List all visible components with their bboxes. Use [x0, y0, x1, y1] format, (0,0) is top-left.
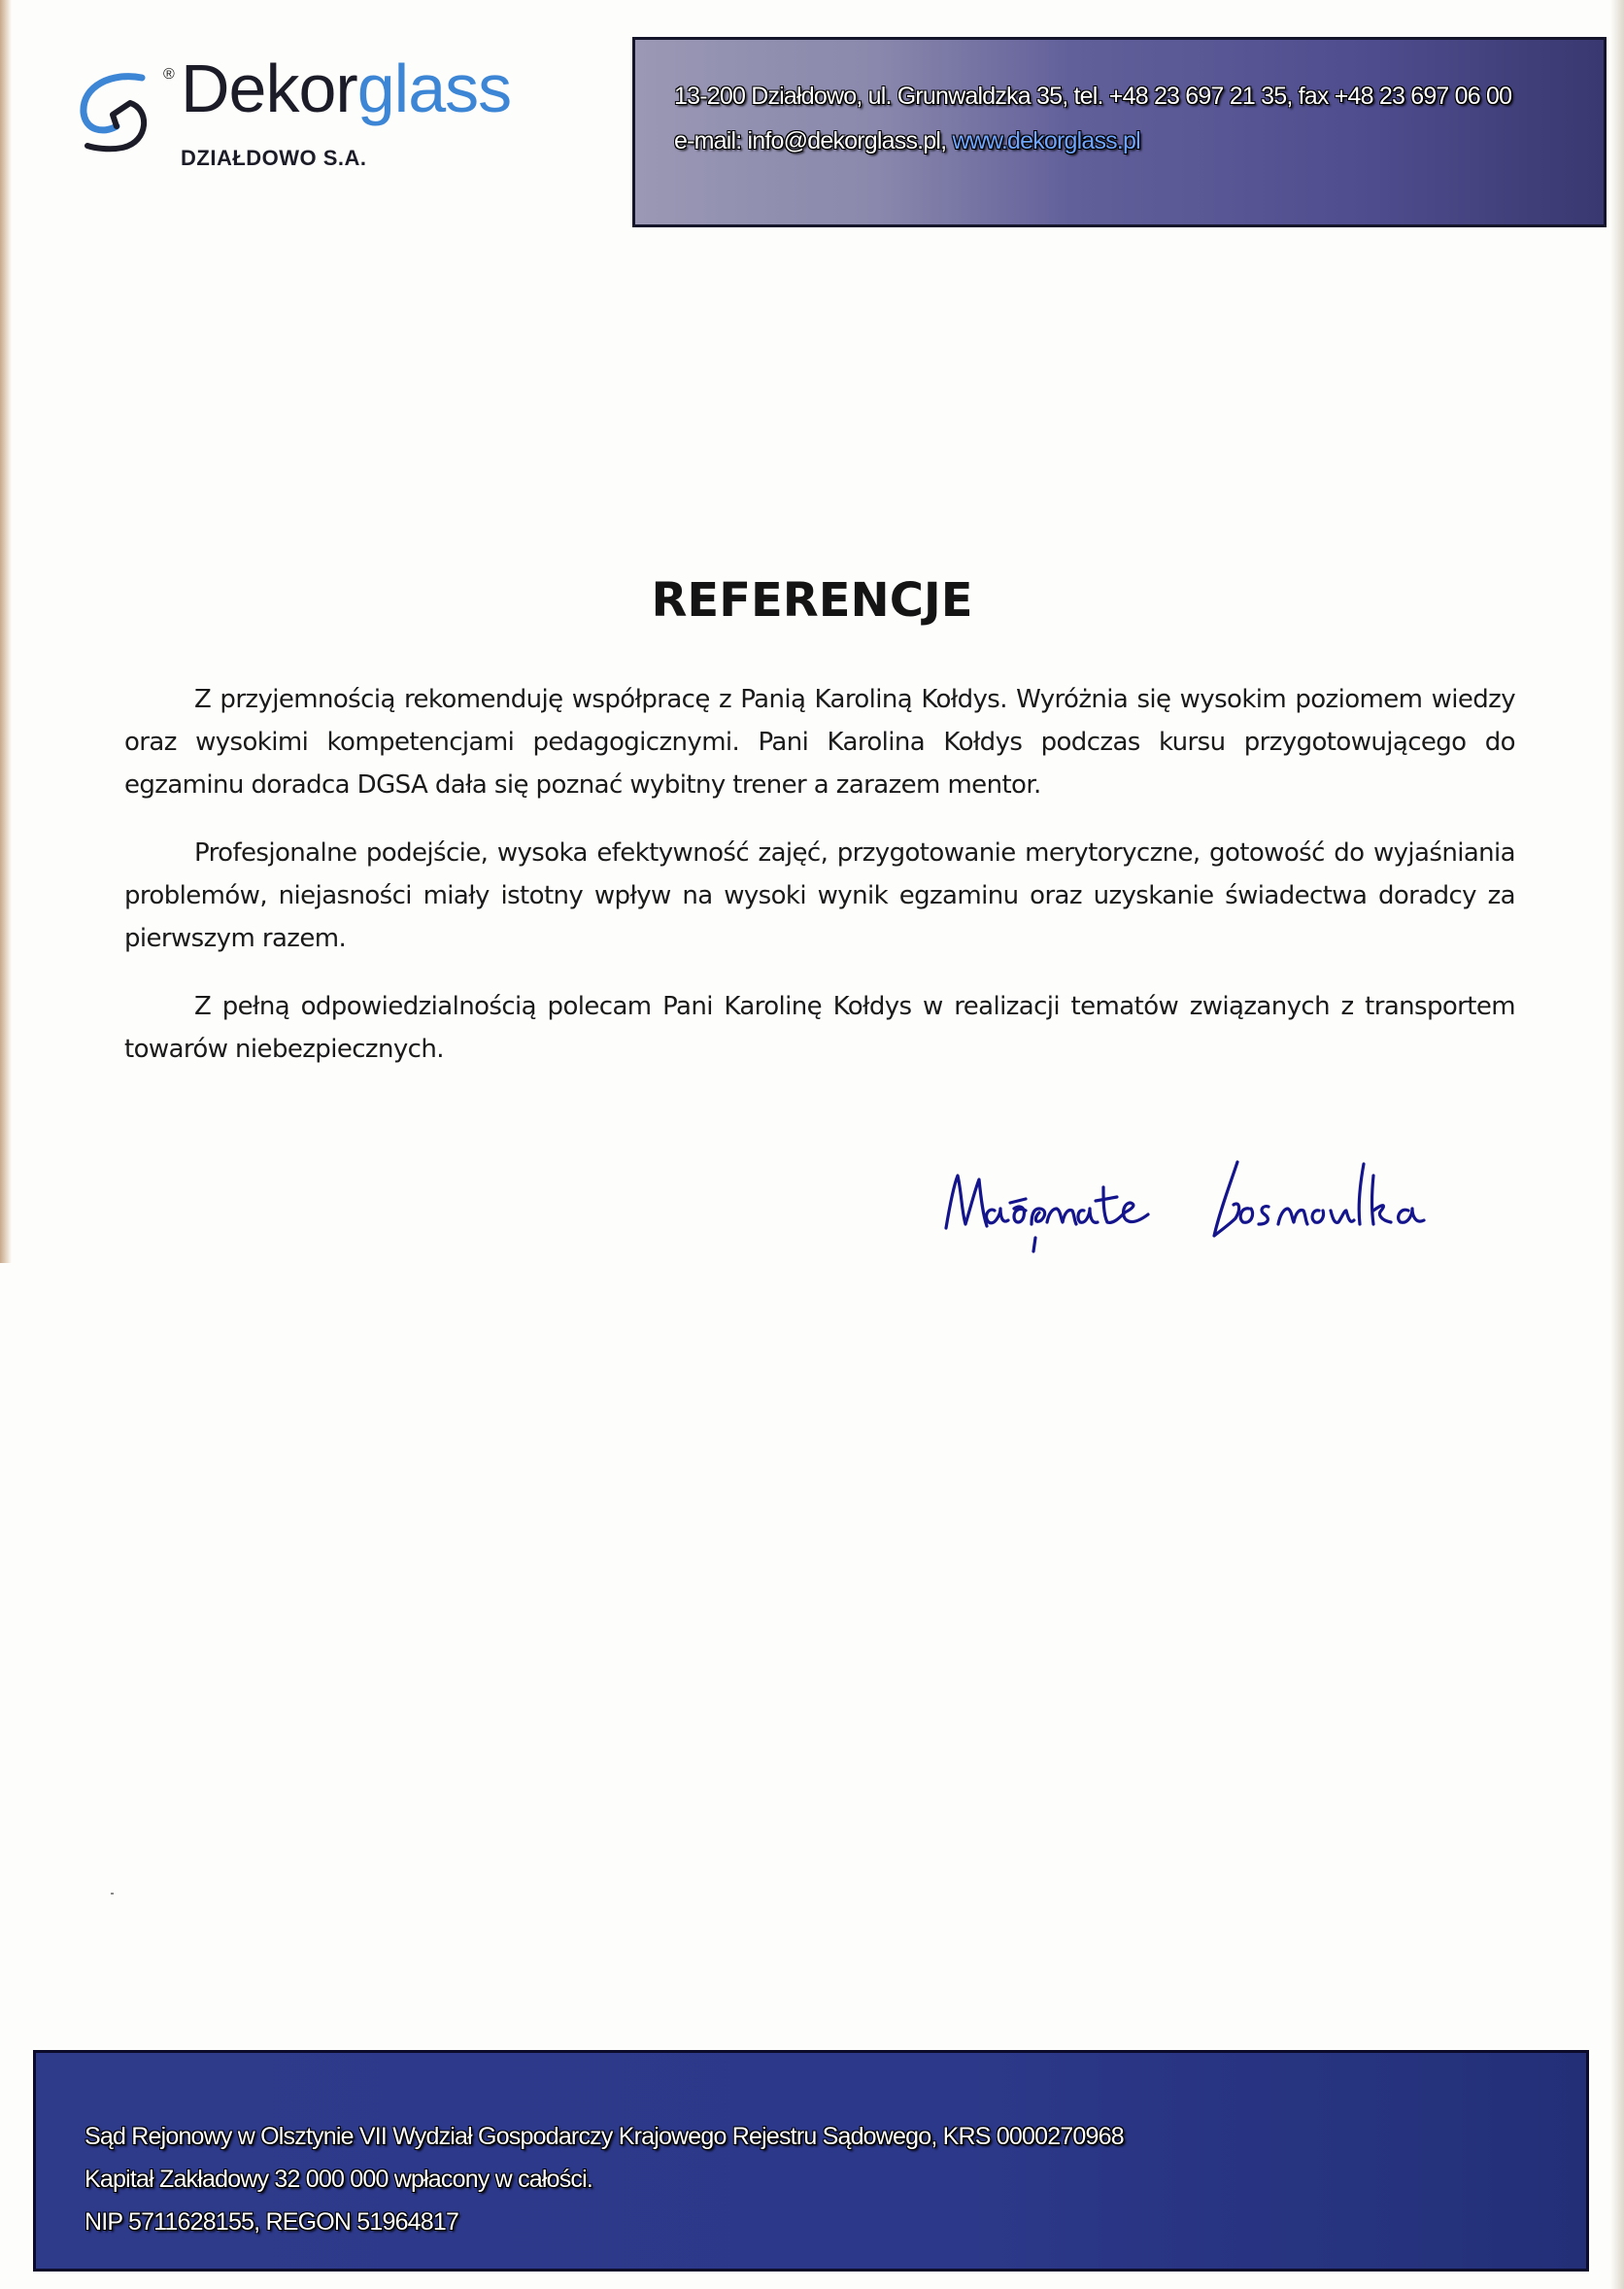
body-paragraph: Z pełną odpowiedzialnością polecam Pani …: [124, 985, 1515, 1071]
logo-wordmark-dekor: Dekor: [181, 51, 357, 126]
registered-trademark-icon: ®: [163, 66, 175, 84]
letter-body: Z przyjemnością rekomenduję współpracę z…: [124, 678, 1515, 1096]
footer-registry-line: Sąd Rejonowy w Olsztynie VII Wydział Gos…: [85, 2123, 1124, 2151]
logo-wordmark: Dekorglass: [181, 54, 511, 122]
body-paragraph: Profesjonalne podejście, wysoka efektywn…: [124, 832, 1515, 960]
body-paragraph: Z przyjemnością rekomenduję współpracę z…: [124, 678, 1515, 806]
contact-address: 13-200 Działdowo, ul. Grunwaldzka 35, te…: [674, 83, 1511, 111]
contact-email-line: e-mail: info@dekorglass.pl, www.dekorgla…: [674, 127, 1140, 155]
contact-website-link[interactable]: www.dekorglass.pl: [952, 127, 1139, 154]
paper-edge-shadow-right: [1610, 0, 1624, 2289]
paper-edge-shadow-left: [0, 0, 12, 1263]
dekorglass-swirl-logo-icon: [74, 66, 161, 154]
footer-tax-ids-line: NIP 5711628155, REGON 51964817: [85, 2208, 458, 2237]
paper-speck: [111, 1893, 114, 1895]
contact-email: e-mail: info@dekorglass.pl,: [674, 127, 952, 154]
logo-wordmark-glass: glass: [357, 51, 511, 126]
document-title: REFERENCJE: [0, 573, 1624, 628]
letterhead-footer-band: Sąd Rejonowy w Olsztynie VII Wydział Gos…: [33, 2050, 1589, 2272]
logo-subtitle: DZIAŁDOWO S.A.: [181, 146, 367, 171]
handwritten-signature: [932, 1146, 1535, 1263]
letterhead-contact-band: 13-200 Działdowo, ul. Grunwaldzka 35, te…: [632, 37, 1607, 227]
company-logo: ® Dekorglass DZIAŁDOWO S.A.: [74, 62, 579, 169]
footer-capital-line: Kapitał Zakładowy 32 000 000 wpłacony w …: [85, 2166, 592, 2194]
